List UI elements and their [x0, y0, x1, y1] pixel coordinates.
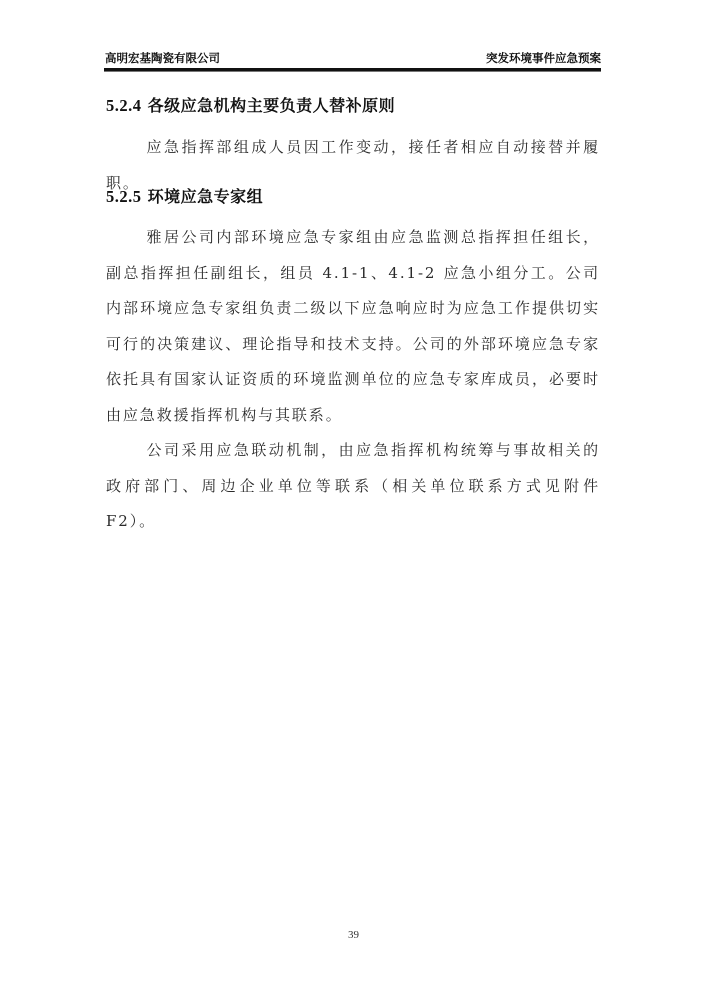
page-header: 高明宏基陶瓷有限公司 突发环境事件应急预案	[104, 48, 601, 66]
header-company-name: 高明宏基陶瓷有限公司	[105, 50, 220, 66]
section-title: 各级应急机构主要负责人替补原则	[148, 96, 396, 115]
page-number: 39	[0, 929, 707, 941]
paragraph: 雅居公司内部环境应急专家组由应急监测总指挥担任组长，副总指挥担任副组长，组员 4…	[106, 220, 600, 433]
paragraph-text: 公司采用应急联动机制，由应急指挥机构统筹与事故相关的政府部门、周边企业单位等联系…	[106, 441, 600, 530]
header-document-title: 突发环境事件应急预案	[486, 50, 601, 66]
section-number: 5.2.5	[106, 187, 142, 206]
section-number: 5.2.4	[106, 96, 142, 115]
section-heading-5-2-4: 5.2.4 各级应急机构主要负责人替补原则	[106, 93, 395, 116]
section-heading-5-2-5: 5.2.5 环境应急专家组	[106, 184, 263, 207]
header-divider	[104, 68, 601, 71]
paragraph-text: 雅居公司内部环境应急专家组由应急监测总指挥担任组长，副总指挥担任副组长，组员 4…	[106, 228, 600, 424]
section-title: 环境应急专家组	[148, 187, 264, 206]
paragraph: 公司采用应急联动机制，由应急指挥机构统筹与事故相关的政府部门、周边企业单位等联系…	[106, 433, 600, 540]
